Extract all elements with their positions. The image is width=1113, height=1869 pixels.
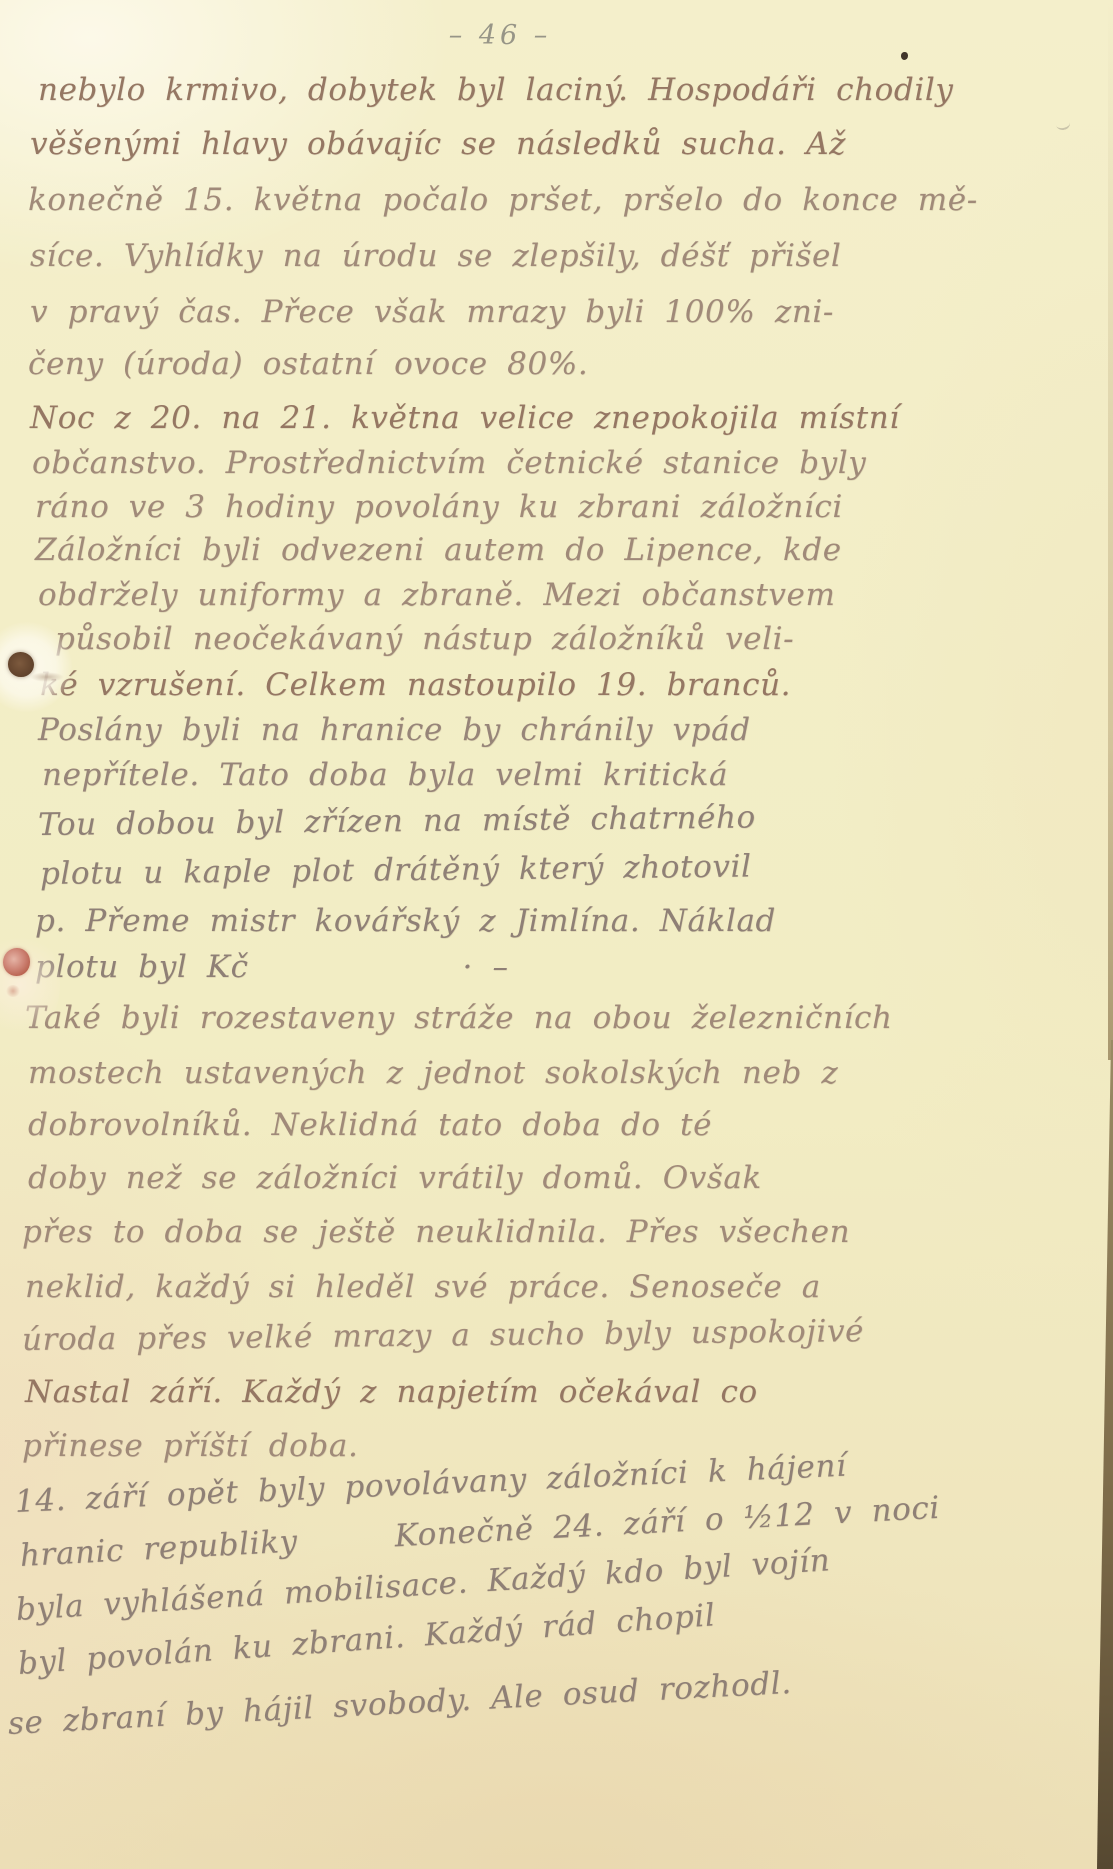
handwritten-line: mostech ustavených z jednot sokolských n… [28,1055,838,1091]
handwritten-line: síce. Vyhlídky na úrodu se zlepšily, déš… [30,238,841,274]
handwritten-line: přes to doba se ještě neuklidnila. Přes … [22,1214,850,1250]
handwritten-line: nebylo krmivo, dobytek byl laciný. Hospo… [38,72,953,108]
handwritten-line: ké vzrušení. Celkem nastoupilo 19. branc… [40,667,791,703]
handwritten-line: působil neočekávaný nástup záložníků vel… [55,621,794,657]
page-number: – 46 – [430,20,570,51]
handwritten-line: Nastal září. Každý z napjetím očekával c… [25,1374,758,1410]
handwritten-line: ráno ve 3 hodiny povolány ku zbrani zálo… [35,489,843,525]
handwritten-line: doby než se záložníci vrátily domů. Ovša… [28,1160,762,1196]
handwritten-line: se zbraní by hájil svobody. Ale osud roz… [7,1665,792,1742]
handwritten-line: p. Přeme mistr kovářský z Jimlína. Nákla… [35,903,776,939]
handwritten-line: plotu byl Kč · – [35,949,509,985]
handwritten-line: Noc z 20. na 21. května velice znepokoji… [30,400,900,436]
handwritten-line: plotu u kaple plot drátěný který zhotovi… [40,849,752,892]
faint-pencil-smudge [1055,117,1071,132]
handwritten-line: nepřítele. Tato doba byla velmi kritická [42,757,728,793]
handwritten-line: v pravý čas. Přece však mrazy byli 100% … [30,294,834,330]
handwritten-line: úroda přes velké mrazy a sucho byly uspo… [22,1313,864,1358]
paper-hole-blot [8,652,34,677]
handwritten-line: Záložníci byli odvezeni autem do Lipence… [35,532,842,568]
handwritten-line: občanstvo. Prostřednictvím četnické stan… [32,445,866,481]
handwritten-line: Tou dobou byl zřízen na místě chatrného [38,799,756,843]
handwritten-line: dobrovolníků. Neklidná tato doba do té [28,1107,712,1143]
handwritten-line: konečně 15. května počalo pršet, pršelo … [28,182,978,218]
wax-stain-blot [3,948,30,976]
handwritten-line: Také byli rozestaveny stráže na obou žel… [25,1000,893,1036]
handwritten-line: neklid, každý si hleděl své práce. Senos… [25,1269,821,1305]
ink-dot [901,52,908,60]
handwritten-line: Poslány byli na hranice by chránily vpád [38,712,751,748]
chronicle-page-scan: – 46 – nebylo krmivo, dobytek byl laciný… [0,0,1113,1869]
handwritten-line: obdržely uniformy a zbraně. Mezi občanst… [38,577,835,613]
handwritten-line: věšenými hlavy obávajíc se následků such… [30,126,846,162]
wax-stain-speck [6,985,20,997]
paper-hole-smear [30,672,64,682]
handwritten-line: čeny (úroda) ostatní ovoce 80%. [28,346,588,382]
handwritten-line: přinese příští doba. [22,1428,358,1464]
page-edge-shadow [1108,0,1113,1060]
binding-edge [1097,1040,1113,1869]
